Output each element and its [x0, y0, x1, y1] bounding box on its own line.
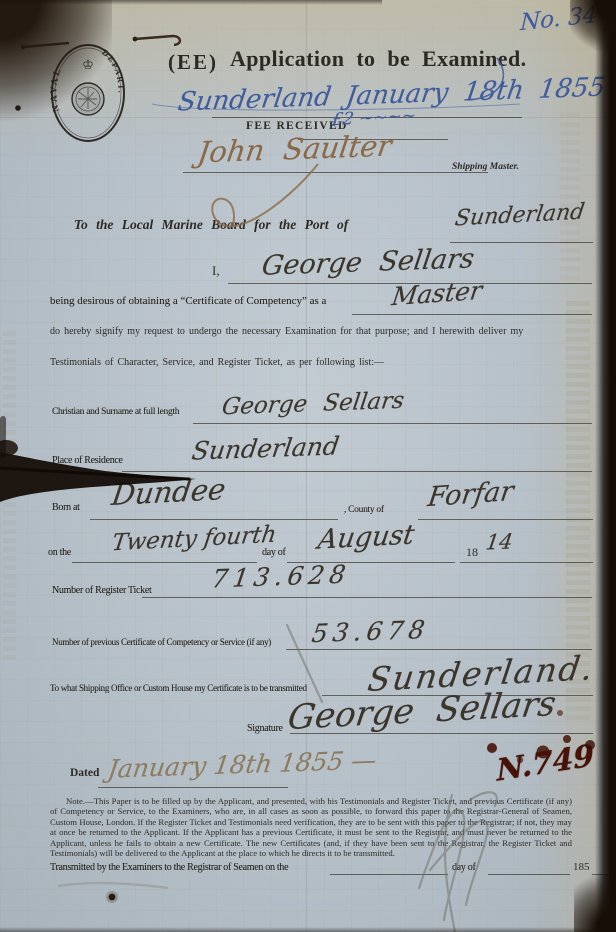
request-line2: Testimonials of Character, Service, and … [50, 357, 384, 368]
rule-transmitted-2 [488, 874, 570, 875]
birth-year-prefix: 18 [466, 545, 478, 560]
rule-transmitted-1 [330, 874, 448, 875]
handwritten-prev-cert: 53.678 [310, 615, 432, 648]
ghost-text-left [3, 330, 16, 660]
ticket-label: Number of Register Ticket [52, 585, 151, 596]
rule-transmitted-3 [592, 874, 612, 875]
transmitted-label: Transmitted by the Examiners to the Regi… [50, 862, 288, 873]
rule-full-name [193, 423, 592, 424]
rule-signature [290, 733, 593, 734]
request-line1: do hereby signify my request to undergo … [50, 326, 523, 337]
handwritten-residence: Sunderland [190, 431, 341, 465]
shipping-master-title: Shipping Master. [452, 162, 519, 172]
rule-dated [98, 787, 288, 788]
handwritten-birthplace: Dundee [110, 472, 228, 512]
document-photo: ♔ NAVAL DEPART. No. 34 (EE) Application … [0, 0, 616, 932]
residence-label: Place of Residence [52, 455, 123, 466]
edge-scorch [0, 416, 6, 458]
dated-label: Dated [70, 767, 99, 779]
rule-born-at [90, 519, 338, 520]
handwritten-ticket-number: 713.628 [210, 560, 352, 594]
birth-month-label: day of [262, 547, 285, 558]
shipping-master-signature: John Saulter [196, 129, 394, 170]
rule-residence [122, 471, 592, 472]
page-title: Application to be Examined. [230, 46, 527, 72]
form-code: (EE) [168, 50, 218, 75]
rule-receiver-signature [183, 172, 488, 173]
note-text: Note.—This Paper is to be filled up by t… [50, 796, 572, 858]
born-at-label: Born at [52, 502, 80, 513]
ghost-text-right-upper [560, 110, 580, 280]
handwritten-county: Forfar [426, 476, 516, 513]
addressee-label: To the Local Marine Board for the Port o… [74, 217, 348, 233]
competency-label: being desirous of obtaining a “Certifica… [50, 295, 326, 307]
transmitted-day-label: day of [452, 862, 475, 873]
rule-ticket [142, 597, 592, 598]
pronoun-label: I, [212, 263, 220, 279]
full-name-label: Christian and Surname at full length [52, 407, 179, 417]
county-label: , County of [344, 505, 384, 515]
birth-day-label: on the [48, 547, 71, 558]
prev-cert-label: Number of previous Certificate of Compet… [52, 637, 271, 647]
transmitted-year-prefix: 185 [573, 861, 590, 873]
signature-label: Signature [247, 723, 283, 734]
note-paragraph: Note.—This Paper is to be filled up by t… [50, 796, 572, 858]
rule-county [418, 519, 593, 520]
handwritten-birth-month: August [316, 519, 417, 555]
handwritten-birth-year: 14 [484, 529, 514, 554]
rule-birth-year [460, 562, 593, 563]
rule-competency [352, 314, 592, 315]
transmit-label: To what Shipping Office or Custom House … [50, 683, 307, 693]
